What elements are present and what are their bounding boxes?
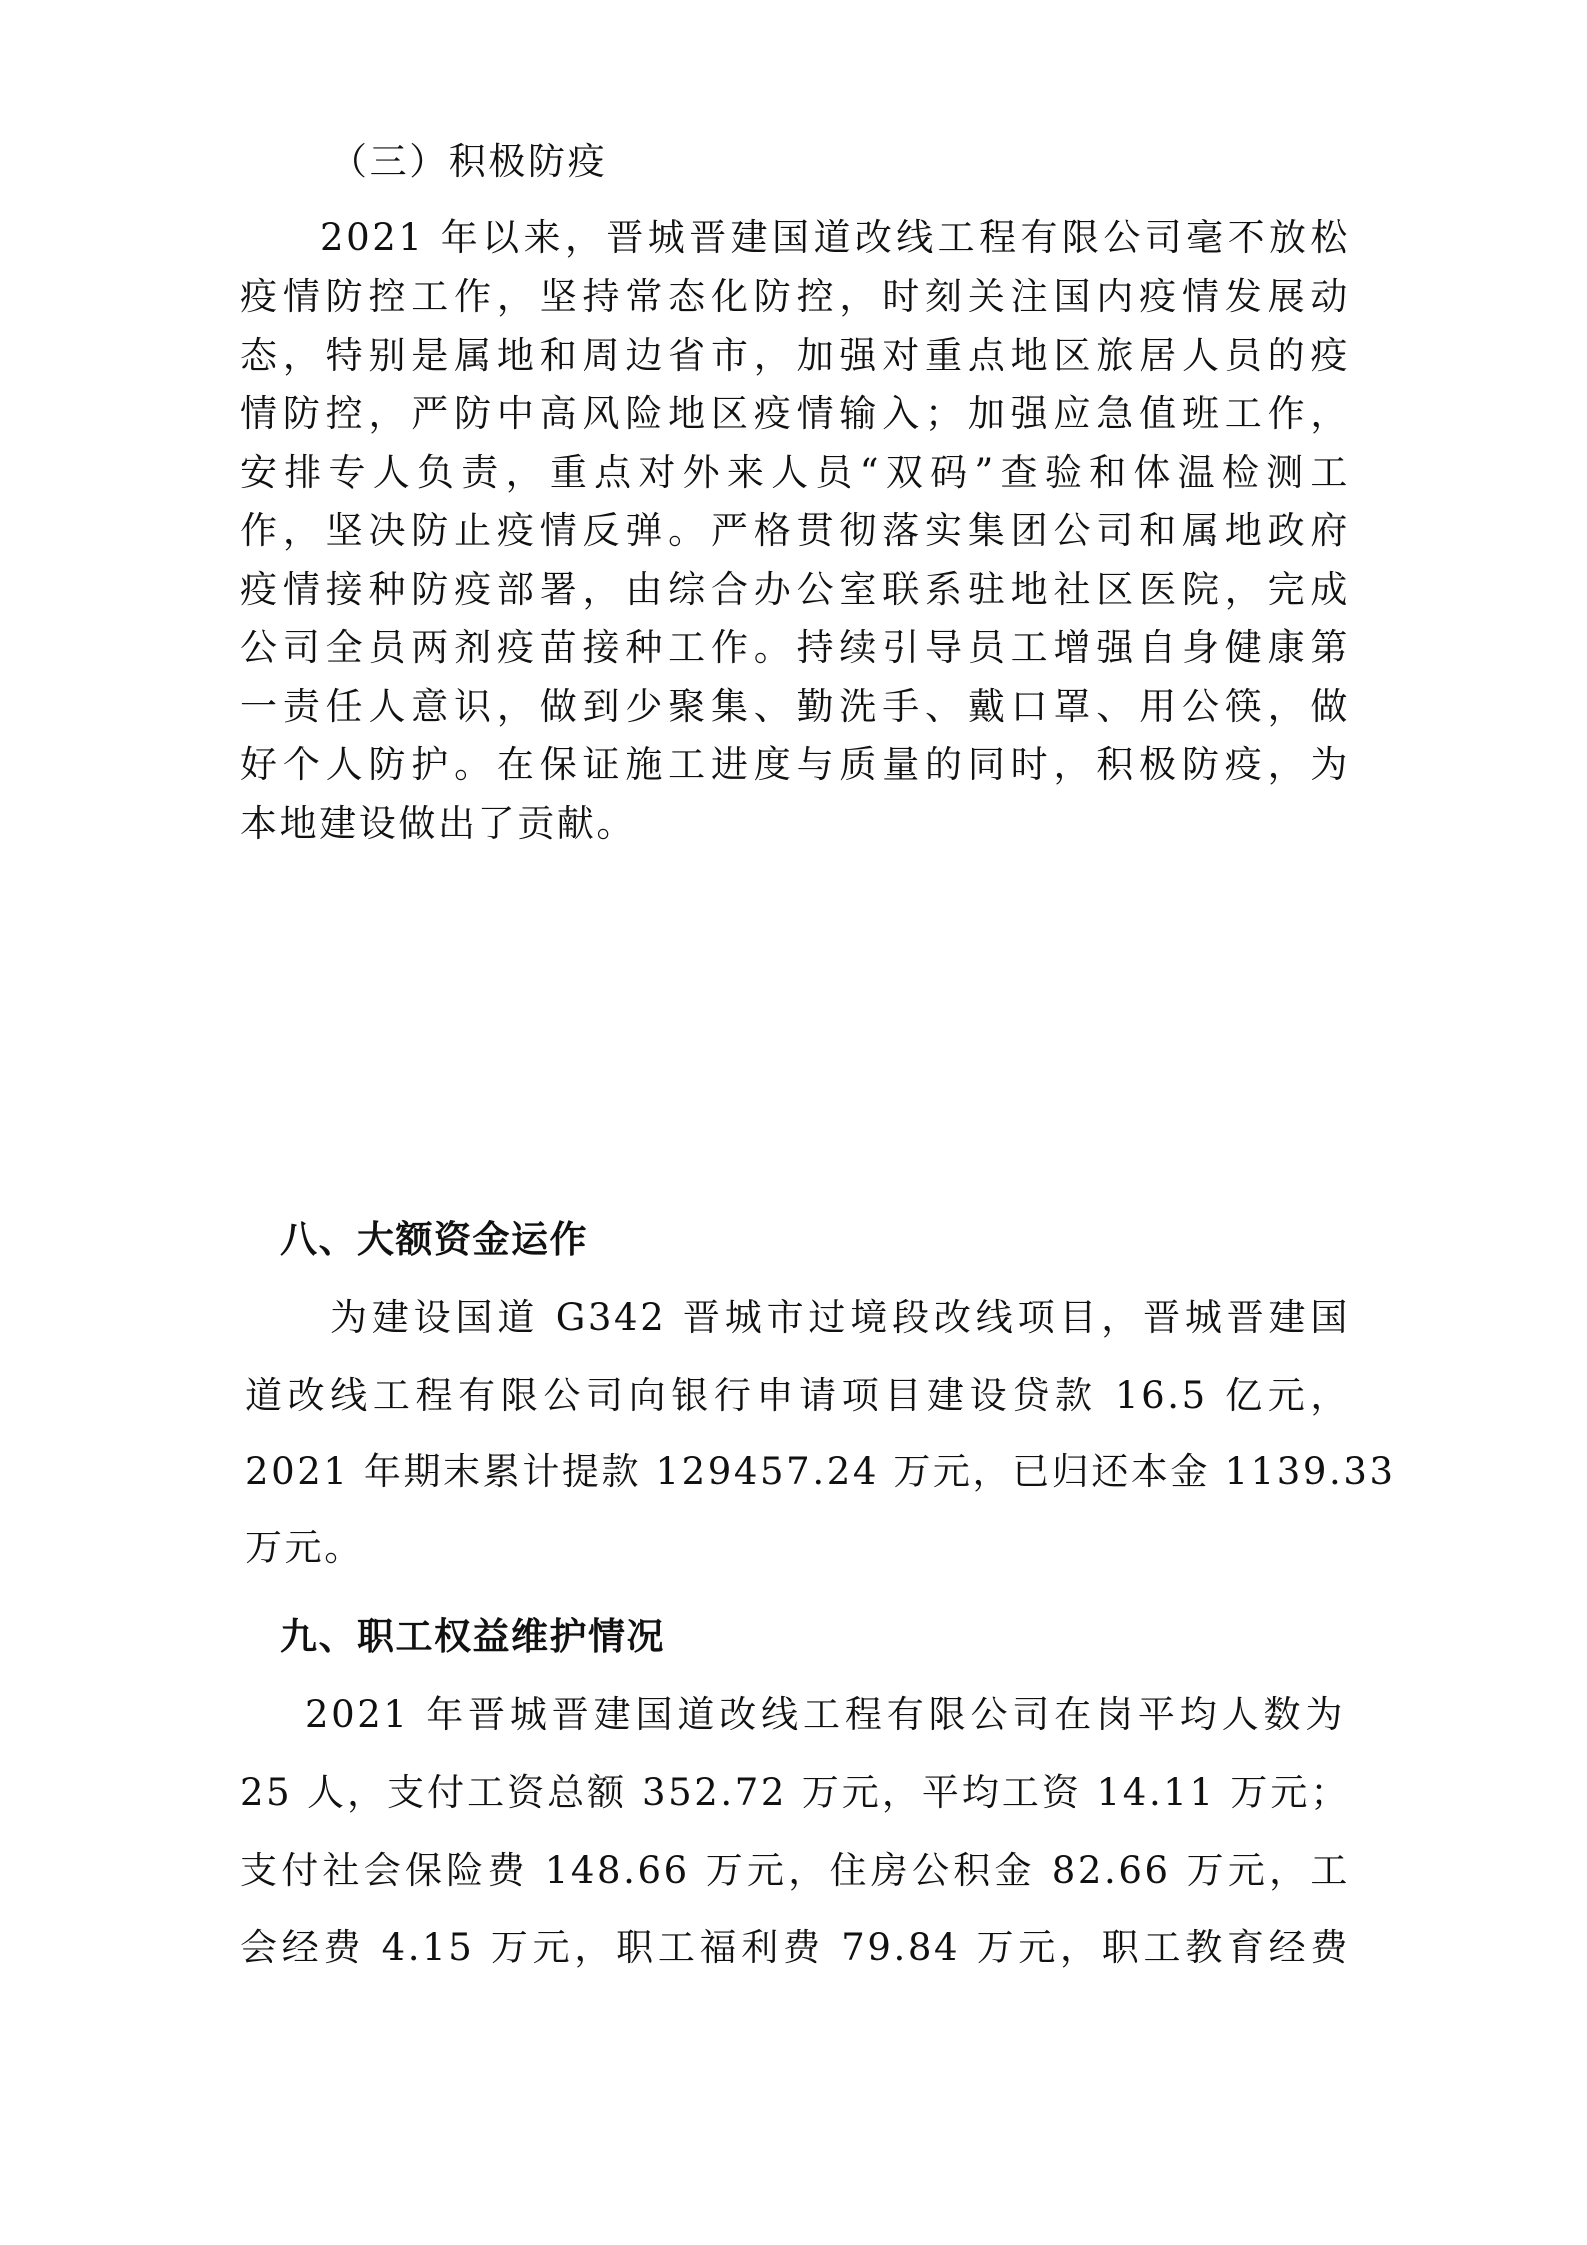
paragraph-line: 疫情接种防疫部署，由综合办公室联系驻地社区医院，完成 xyxy=(240,565,1350,615)
paragraph-line: 公司全员两剂疫苗接种工作。持续引导员工增强自身健康第 xyxy=(240,623,1350,673)
paragraph-line: 万元。 xyxy=(245,1523,1355,1573)
paragraph-line: 2021 年晋城晋建国道改线工程有限公司在岗平均人数为 xyxy=(305,1690,1345,1740)
paragraph-line: 25 人，支付工资总额 352.72 万元，平均工资 14.11 万元； xyxy=(240,1768,1350,1818)
paragraph-line: 疫情防控工作，坚持常态化防控，时刻关注国内疫情发展动 xyxy=(240,272,1350,322)
paragraph-line: 本地建设做出了贡献。 xyxy=(240,799,1350,849)
paragraph-line: 2021 年期末累计提款 129457.24 万元，已归还本金 1139.33 xyxy=(245,1447,1350,1497)
paragraph-line: 态，特别是属地和周边省市，加强对重点地区旅居人员的疫 xyxy=(240,331,1350,381)
section-title-employee-rights: 九、职工权益维护情况 xyxy=(280,1612,1390,1662)
paragraph-line: 一责任人意识，做到少聚集、勤洗手、戴口罩、用公筷，做 xyxy=(240,682,1350,732)
paragraph-line: 为建设国道 G342 晋城市过境段改线项目，晋城晋建国 xyxy=(330,1293,1350,1343)
paragraph-line: 情防控，严防中高风险地区疫情输入；加强应急值班工作， xyxy=(240,389,1350,439)
document-page: （三）积极防疫 2021 年以来，晋城晋建国道改线工程有限公司毫不放松 疫情防控… xyxy=(0,0,1587,2245)
paragraph-line: 支付社会保险费 148.66 万元，住房公积金 82.66 万元，工 xyxy=(240,1846,1350,1896)
paragraph-line: 2021 年以来，晋城晋建国道改线工程有限公司毫不放松 xyxy=(320,213,1350,263)
paragraph-line: 会经费 4.15 万元，职工福利费 79.84 万元，职工教育经费 xyxy=(240,1923,1350,1973)
paragraph-line: 好个人防护。在保证施工进度与质量的同时，积极防疫，为 xyxy=(240,740,1350,790)
section-title-large-fund-operation: 八、大额资金运作 xyxy=(280,1215,1390,1265)
subsection-title-active-epidemic-prevention: （三）积极防疫 xyxy=(330,137,1440,187)
paragraph-line: 安排专人负责，重点对外来人员“双码”查验和体温检测工 xyxy=(240,448,1350,498)
paragraph-line: 作，坚决防止疫情反弹。严格贯彻落实集团公司和属地政府 xyxy=(240,506,1350,556)
paragraph-line: 道改线工程有限公司向银行申请项目建设贷款 16.5 亿元， xyxy=(245,1371,1350,1421)
